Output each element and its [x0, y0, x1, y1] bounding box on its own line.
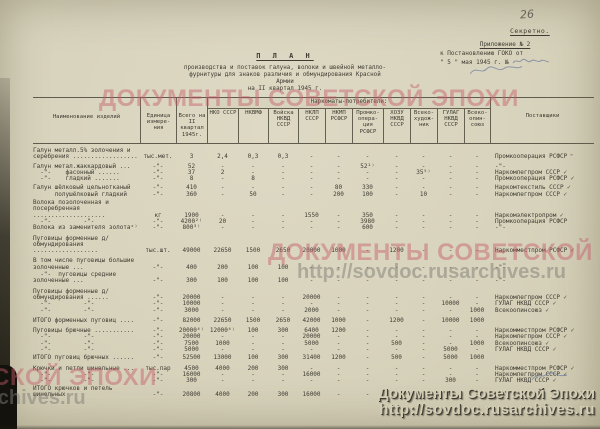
document-page: 26 Секретно. Приложение № 2 к Постановле…: [0, 0, 600, 429]
table-cell: -: [268, 225, 298, 231]
table-cell: 50: [238, 192, 268, 198]
table-cell: 2000: [298, 308, 325, 314]
table-row: -"- -"--"-5000--------5000-ГУЛАГ НКВД СС…: [33, 347, 594, 353]
handwritten-blue-mark: [530, 370, 570, 384]
table-cell: Волока из заменителя золотаˣ⁾: [33, 225, 140, 231]
table-cell: 360: [176, 192, 207, 198]
table-cell: 300: [268, 355, 298, 361]
table-row: Волока из заменителя золотаˣ⁾-"-800³⁾---…: [33, 225, 594, 231]
subtitle-line-1: производства и поставок галуна, волоки и…: [180, 65, 390, 72]
table-cell: -"-: [140, 225, 176, 231]
pencil-check-mark: ✓: [545, 308, 550, 314]
table-cell: -: [325, 154, 352, 160]
pencil-check-mark: ✓: [563, 334, 568, 340]
table-cell: 1500: [238, 248, 268, 254]
table-cell: Пуговицы форменные д/обмундирования ....…: [33, 236, 140, 255]
appendix-title: Приложение № 2: [440, 41, 570, 49]
table-cell: -: [298, 176, 325, 182]
table-cell: 8: [238, 176, 268, 182]
table-row: -"- гладкий .......-"-8-8--------Промкоо…: [33, 176, 594, 182]
table-cell: -"-: [140, 278, 176, 284]
table-cell: 100: [238, 265, 268, 271]
pencil-check-mark: ✓: [570, 176, 575, 182]
table-row: Галун металл.5% золочения и серебрения .…: [33, 148, 594, 161]
watermark-url-middle: http://sovdoc.rusarchives.ru: [297, 261, 566, 284]
table-cell: -: [268, 192, 298, 198]
table-cell: -: [325, 308, 352, 314]
table-cell: 16000: [298, 392, 325, 398]
table-cell: 3000: [176, 308, 207, 314]
table-cell: 200: [238, 392, 268, 398]
table-cell: -: [268, 176, 298, 182]
table-cell: тыс.мет.: [140, 154, 176, 160]
pencil-check-mark: ✓: [552, 301, 557, 307]
secrecy-label: Секретно.: [510, 27, 550, 35]
table-cell: -: [352, 318, 383, 324]
table-cell: -: [207, 225, 238, 231]
table-cell: 2,4: [207, 154, 238, 160]
table-row: -"- -"--"-3000---2000-----1000Всекоопинс…: [33, 308, 594, 314]
table-cell: -: [298, 347, 325, 353]
table-cell: 10000: [437, 318, 464, 324]
table-cell: -: [464, 225, 490, 231]
pencil-check-mark: ✓: [570, 366, 575, 372]
table-cell: -: [238, 378, 268, 384]
handwritten-signature-squiggle: [468, 60, 525, 78]
table-cell: ИТОГО пуговиц брючных ......: [33, 355, 140, 361]
table-cell: 100: [268, 278, 298, 284]
table-cell: 4000: [207, 392, 238, 398]
table-cell: 100: [238, 278, 268, 284]
table-cell: 200: [207, 265, 238, 271]
table-cell: -: [410, 347, 437, 353]
table-cell: -: [437, 192, 464, 198]
table-cell: 5000: [437, 347, 464, 353]
table-cell: 3: [176, 154, 207, 160]
table-cell: -"- гладкий .......: [33, 176, 140, 182]
table-cell: -"-: [140, 318, 176, 324]
table-cell: -: [383, 176, 410, 182]
table-cell: 300: [176, 278, 207, 284]
handwritten-page-number: 26: [520, 8, 535, 22]
pencil-check-mark: ": [570, 154, 573, 160]
table-cell: 1200: [325, 355, 352, 361]
table-cell: -: [437, 308, 464, 314]
table-cell: 500: [383, 355, 410, 361]
table-cell: 600: [352, 225, 383, 231]
table-cell: 100: [238, 355, 268, 361]
table-cell: Галун металл.5% золочения и серебрения .…: [33, 148, 140, 161]
table-cell: ИТОГО форменных пуговиц ....: [33, 318, 140, 324]
table-cell: Волока позолоченная и посеребренная ....…: [33, 200, 140, 219]
table-cell: -: [298, 154, 325, 160]
table-cell: ГУЛАГ НКВД СССР✓: [490, 347, 594, 353]
table-cell: -: [325, 225, 352, 231]
table-row: Волока позолоченная и посеребренная ....…: [33, 200, 594, 219]
table-cell: -: [207, 192, 238, 198]
table-cell: полушёлковый гладкий: [33, 192, 140, 198]
table-cell: -: [352, 378, 383, 384]
watermark-url-bottom-left: rchives.ru: [0, 387, 86, 410]
table-cell: -: [464, 176, 490, 182]
table-cell: 10: [410, 192, 437, 198]
table-cell: -: [325, 378, 352, 384]
table-cell: -"-: [140, 308, 176, 314]
table-cell: -"-: [140, 176, 176, 182]
table-cell: 5000: [437, 355, 464, 361]
table-cell: 49000: [176, 248, 207, 254]
table-row: ИТОГО форменных пуговиц ....-"-820002265…: [33, 318, 594, 324]
table-cell: 800³⁾: [176, 225, 207, 231]
table-cell: -"-: [140, 265, 176, 271]
table-cell: -: [268, 308, 298, 314]
table-cell: -: [207, 308, 238, 314]
table-cell: Всекоопинсоюз✓: [490, 308, 594, 314]
archive-stamp-line-1: Документы Советской Эпохи: [378, 385, 595, 402]
table-cell: -: [298, 192, 325, 198]
archive-stamp-line-2: http://sovdoc.rusarchives.ru: [379, 401, 595, 418]
table-cell: -: [207, 176, 238, 182]
table-cell: -: [238, 347, 268, 353]
table-cell: 0,3: [238, 154, 268, 160]
table-cell: -: [238, 225, 268, 231]
table-cell: -: [383, 154, 410, 160]
table-cell: -: [352, 355, 383, 361]
table-cell: 200: [325, 192, 352, 198]
table-cell: 1500: [238, 318, 268, 324]
pencil-check-mark: ✓: [552, 347, 557, 353]
table-cell: В том числе пуговицы большие золоченные …: [33, 258, 140, 271]
table-cell: 22650: [207, 248, 238, 254]
table-cell: тыс.шт.: [140, 248, 176, 254]
table-cell: -: [268, 347, 298, 353]
table-cell: -"- пуговицы средние золоченные ...: [33, 272, 140, 285]
table-cell: -: [464, 378, 490, 384]
table-cell: -: [383, 225, 410, 231]
table-cell: 1000: [325, 318, 352, 324]
table-cell: 100: [207, 278, 238, 284]
table-cell: Наркомлегпром СССР✓: [490, 192, 594, 198]
table-cell: -: [298, 225, 325, 231]
table-cell: 0,3: [268, 154, 298, 160]
table-row: полушёлковый гладкий-"-360-50--200100-10…: [33, 192, 594, 198]
table-cell: 2650: [268, 318, 298, 324]
table-cell: 42000: [298, 318, 325, 324]
table-cell: -: [410, 378, 437, 384]
table-cell: Промкооперация РСФСР": [490, 154, 594, 160]
table-cell: -: [464, 192, 490, 198]
table-row: ИТОГО пуговиц брючных ......-"-525001300…: [33, 355, 594, 361]
table-cell: -: [383, 308, 410, 314]
table-cell: -"-: [140, 355, 176, 361]
table-cell: -: [464, 347, 490, 353]
table-cell: -"-: [140, 192, 176, 198]
table-cell: 1000: [464, 308, 490, 314]
table-cell: 13000: [207, 355, 238, 361]
table-cell: 22650: [207, 318, 238, 324]
table-cell: -"-: [140, 347, 176, 353]
table-cell: -: [352, 308, 383, 314]
appendix-line: к Постановлению ГОКО от: [440, 50, 570, 58]
table-cell: 20800: [176, 392, 207, 398]
table-cell: -: [352, 176, 383, 182]
table-cell: 5000: [176, 347, 207, 353]
table-cell: 300: [176, 378, 207, 384]
table-cell: -: [383, 347, 410, 353]
table-cell: -: [207, 347, 238, 353]
table-cell: -: [325, 392, 352, 398]
subtitle-line-2: фурнитуры для знаков различия и обмундир…: [180, 72, 390, 86]
table-cell: -: [352, 154, 383, 160]
pencil-check-mark: ✓: [567, 185, 572, 191]
table-cell: 82000: [176, 318, 207, 324]
table-cell: -: [383, 378, 410, 384]
document-title: П Л А Н: [180, 52, 390, 60]
table-cell: 52500: [176, 355, 207, 361]
table-cell: 31400: [298, 355, 325, 361]
table-cell: -: [410, 318, 437, 324]
table-cell: -: [383, 192, 410, 198]
pencil-check-mark: ✓: [570, 328, 575, 334]
table-cell: -: [464, 154, 490, 160]
table-cell: -: [410, 355, 437, 361]
table-cell: -: [437, 176, 464, 182]
table-cell: 400: [176, 265, 207, 271]
table-cell: -"-: [490, 225, 594, 231]
table-cell: 8: [176, 176, 207, 182]
table-cell: -: [437, 154, 464, 160]
table-cell: -: [437, 225, 464, 231]
table-cell: -: [325, 176, 352, 182]
table-cell: -: [352, 347, 383, 353]
table-cell: 1000: [464, 318, 490, 324]
table-cell: -"- -"-: [33, 347, 140, 353]
pencil-check-mark: ✓: [563, 295, 568, 301]
table-cell: -: [410, 154, 437, 160]
table-cell: 300: [437, 378, 464, 384]
table-cell: Промкооперация РСФСР✓: [490, 176, 594, 182]
table-cell: 1200: [383, 318, 410, 324]
table-cell: -: [325, 347, 352, 353]
table-cell: 1000: [464, 355, 490, 361]
table-cell: -"- -"-: [33, 308, 140, 314]
watermark-pink-top: ДОКУМЕНТЫ СОВЕТСКОЙ ЭПОХИ: [99, 85, 519, 114]
table-cell: 100: [352, 192, 383, 198]
table-cell: -: [410, 176, 437, 182]
table-cell: -: [268, 378, 298, 384]
table-cell: -: [410, 225, 437, 231]
table-cell: -: [410, 308, 437, 314]
table-cell: -"-: [140, 392, 176, 398]
table-cell: -: [207, 378, 238, 384]
pencil-check-mark: ✓: [563, 192, 568, 198]
table-cell: -: [238, 308, 268, 314]
table-cell: -: [298, 378, 325, 384]
table-cell: 300: [268, 392, 298, 398]
scan-edge-bottom: [0, 425, 600, 429]
